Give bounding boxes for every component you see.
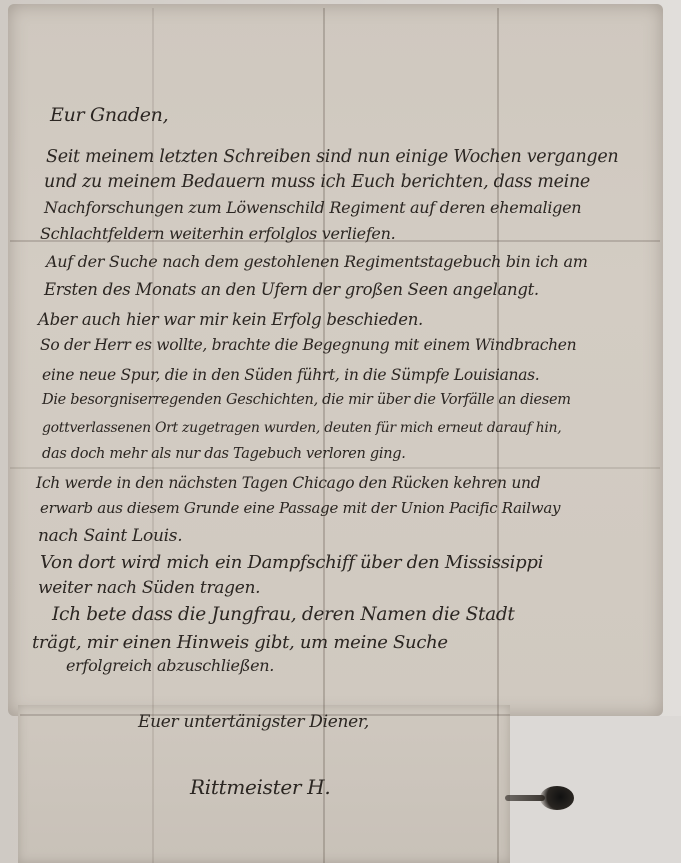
tear-mark — [505, 795, 545, 801]
letter-line: trägt, mir einen Hinweis gibt, um meine … — [32, 632, 448, 653]
letter-line: und zu meinem Bedauern muss ich Euch ber… — [44, 172, 590, 192]
letter-line: Aber auch hier war mir kein Erfolg besch… — [38, 310, 423, 329]
letter-line: Ich werde in den nächsten Tagen Chicago … — [36, 474, 540, 492]
letter-line: eine neue Spur, die in den Süden führt, … — [42, 366, 539, 384]
letter-line: Von dort wird mich ein Dampfschiff über … — [40, 552, 543, 573]
letter-closing: Euer untertänigster Diener, — [138, 712, 369, 732]
letter-line: erwarb aus diesem Grunde eine Passage mi… — [40, 499, 560, 517]
letter-line: So der Herr es wollte, brachte die Begeg… — [40, 336, 576, 354]
letter-line: nach Saint Louis. — [38, 526, 182, 546]
letter-line: erfolgreich abzuschließen. — [66, 656, 274, 675]
letter-signature: Rittmeister H. — [190, 775, 330, 799]
letter-line: Auf der Suche nach dem gestohlenen Regim… — [46, 252, 588, 271]
letter-line: Die besorgniserregenden Geschichten, die… — [42, 392, 571, 408]
letter-line: Seit meinem letzten Schreiben sind nun e… — [46, 147, 618, 167]
letter-line: das doch mehr als nur das Tagebuch verlo… — [42, 446, 406, 462]
letter-line: gottverlassenen Ort zugetragen wurden, d… — [42, 420, 561, 436]
fold-crease — [10, 467, 660, 469]
letter-line: Schlachtfeldern weiterhin erfolglos verl… — [40, 224, 395, 243]
letter-line: Ich bete dass die Jungfrau, deren Namen … — [52, 604, 515, 625]
letter-line: Ersten des Monats an den Ufern der große… — [44, 280, 539, 299]
burn-hole — [540, 786, 574, 810]
table-surface-exposed — [510, 716, 681, 863]
letter-line: weiter nach Süden tragen. — [38, 578, 260, 598]
letter-salutation: Eur Gnaden, — [50, 104, 168, 126]
letter-line: Nachforschungen zum Löwenschild Regiment… — [44, 198, 581, 217]
